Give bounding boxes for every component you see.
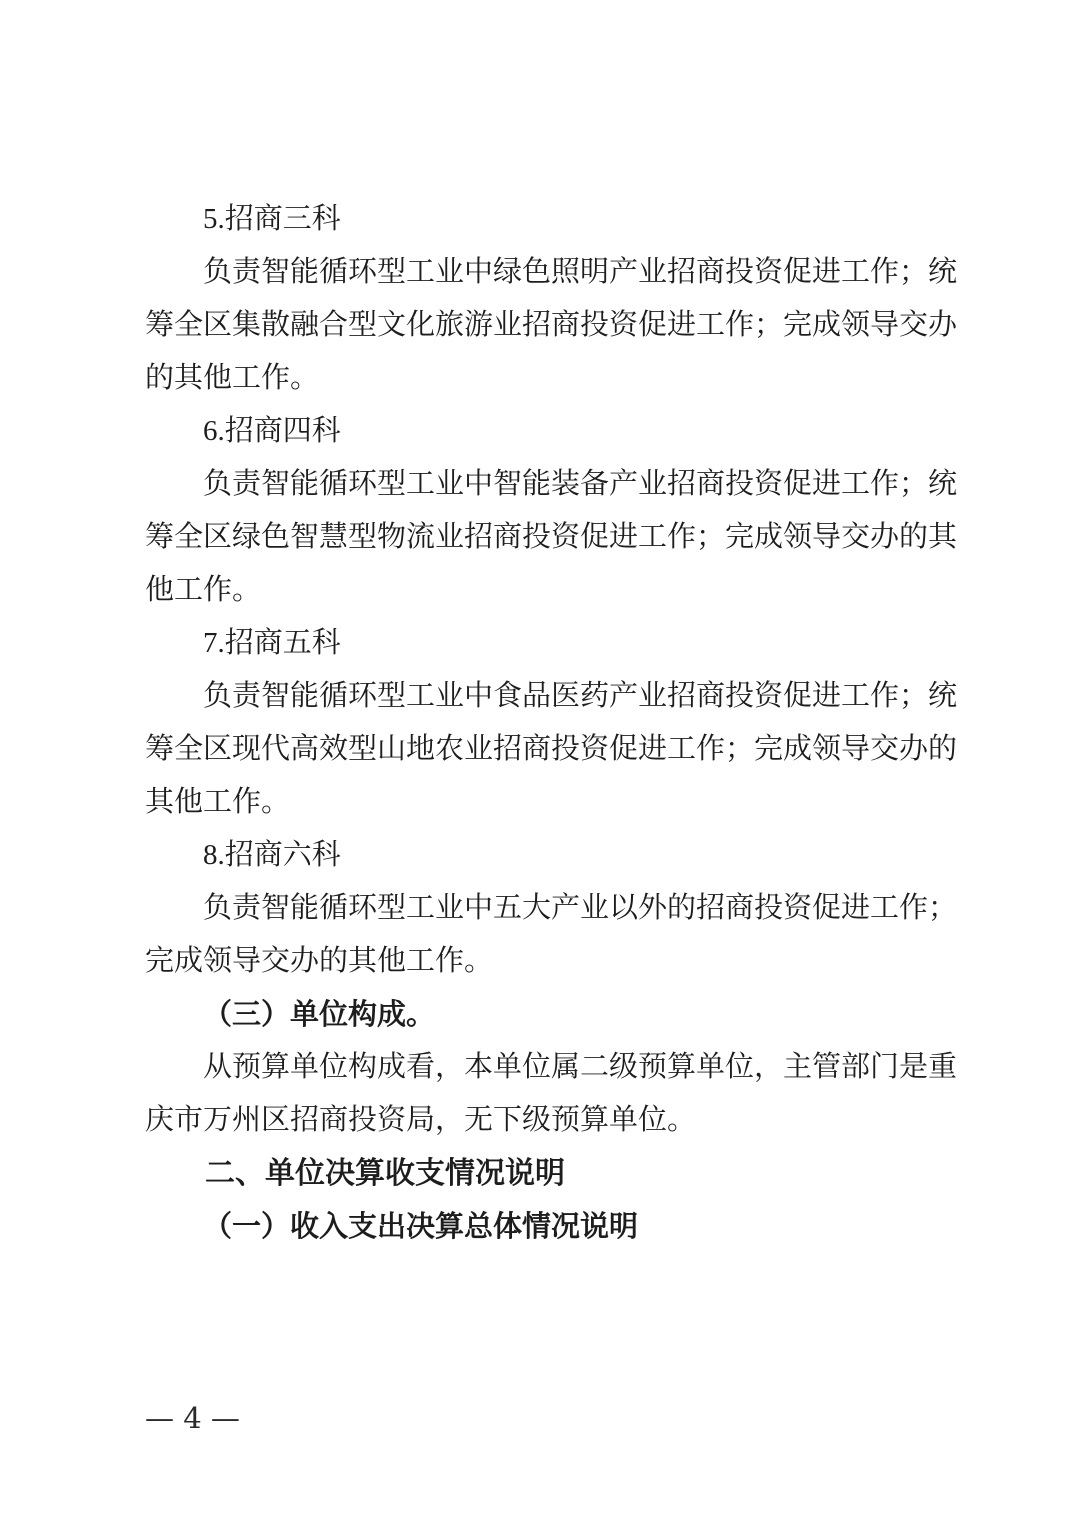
text-line: 负责智能循环型工业中食品医药产业招商投资促进工作；统: [145, 670, 957, 723]
paragraph: 6.招商四科: [145, 405, 957, 458]
paragraph: 负责智能循环型工业中绿色照明产业招商投资促进工作；统筹全区集散融合型文化旅游业招…: [145, 246, 957, 405]
paragraph: 二、单位决算收支情况说明: [145, 1147, 957, 1200]
paragraph: （一）收入支出决算总体情况说明: [145, 1200, 957, 1253]
paragraph: 负责智能循环型工业中智能装备产业招商投资促进工作；统筹全区绿色智慧型物流业招商投…: [145, 458, 957, 617]
text-line: 8.招商六科: [145, 829, 957, 882]
text-line: （一）收入支出决算总体情况说明: [145, 1200, 957, 1253]
paragraph: 从预算单位构成看，本单位属二级预算单位，主管部门是重庆市万州区招商投资局，无下级…: [145, 1041, 957, 1147]
text-line: 筹全区绿色智慧型物流业招商投资促进工作；完成领导交办的其: [145, 511, 957, 564]
page-number: — 4 —: [145, 1398, 240, 1438]
paragraph: 8.招商六科: [145, 829, 957, 882]
text-line: 筹全区集散融合型文化旅游业招商投资促进工作；完成领导交办: [145, 299, 957, 352]
text-line: 筹全区现代高效型山地农业招商投资促进工作；完成领导交办的: [145, 723, 957, 776]
text-line: 负责智能循环型工业中五大产业以外的招商投资促进工作；: [145, 882, 957, 935]
text-line: 负责智能循环型工业中绿色照明产业招商投资促进工作；统: [145, 246, 957, 299]
text-line: 5.招商三科: [145, 193, 957, 246]
document-page: 5.招商三科负责智能循环型工业中绿色照明产业招商投资促进工作；统筹全区集散融合型…: [0, 0, 1075, 1520]
paragraph: 负责智能循环型工业中五大产业以外的招商投资促进工作；完成领导交办的其他工作。: [145, 882, 957, 988]
text-line: 他工作。: [145, 564, 957, 617]
text-line: 完成领导交办的其他工作。: [145, 935, 957, 988]
text-line: （三）单位构成。: [145, 988, 957, 1041]
text-line: 7.招商五科: [145, 617, 957, 670]
text-line: 从预算单位构成看，本单位属二级预算单位，主管部门是重: [145, 1041, 957, 1094]
text-line: 二、单位决算收支情况说明: [145, 1147, 957, 1200]
document-body: 5.招商三科负责智能循环型工业中绿色照明产业招商投资促进工作；统筹全区集散融合型…: [145, 193, 957, 1253]
paragraph: 负责智能循环型工业中食品医药产业招商投资促进工作；统筹全区现代高效型山地农业招商…: [145, 670, 957, 829]
text-line: 庆市万州区招商投资局，无下级预算单位。: [145, 1094, 957, 1147]
paragraph: 7.招商五科: [145, 617, 957, 670]
text-line: 6.招商四科: [145, 405, 957, 458]
text-line: 的其他工作。: [145, 352, 957, 405]
paragraph: （三）单位构成。: [145, 988, 957, 1041]
text-line: 负责智能循环型工业中智能装备产业招商投资促进工作；统: [145, 458, 957, 511]
paragraph: 5.招商三科: [145, 193, 957, 246]
text-line: 其他工作。: [145, 776, 957, 829]
